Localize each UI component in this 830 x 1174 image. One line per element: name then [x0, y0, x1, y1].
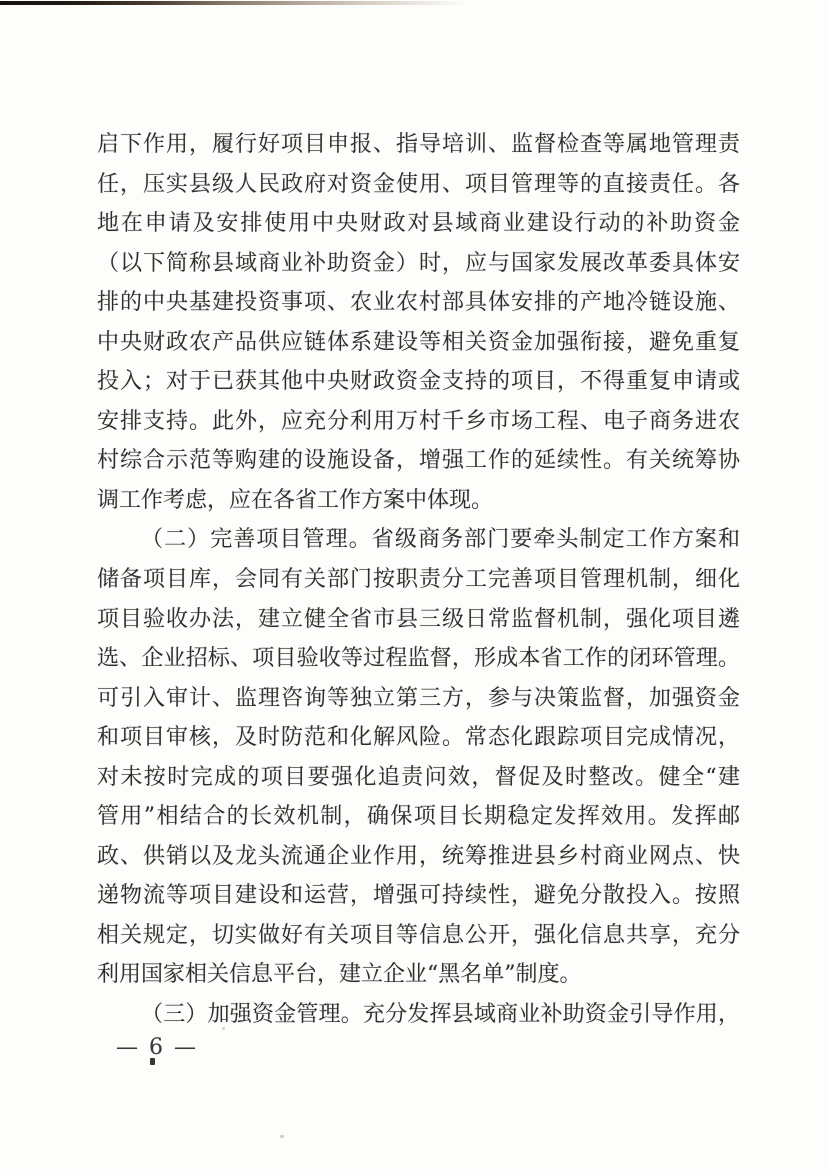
text-line: 投入；对于已获其他中央财政资金支持的项目，不得重复申请或: [97, 362, 740, 402]
text-line: （以下简称县域商业补助资金）时，应与国家发展改革委具体安: [97, 244, 740, 284]
text-line: 村综合示范等购建的设施设备，增强工作的延续性。有关统筹协: [97, 441, 740, 481]
text-line-section-heading: （二）完善项目管理。省级商务部门要牵头制定工作方案和: [97, 520, 740, 560]
page-number: — 6 —: [116, 1033, 198, 1063]
text-line: 政、供销以及龙头流通企业作用，统筹推进县乡村商业网点、快: [97, 837, 740, 877]
text-line: 可引入审计、监理咨询等独立第三方，参与决策监督，加强资金: [97, 679, 740, 719]
text-line: 中央财政农产品供应链体系建设等相关资金加强衔接，避免重复: [97, 323, 740, 363]
text-line: 调工作考虑，应在各省工作方案中体现。: [97, 481, 740, 521]
document-page: 启下作用，履行好项目申报、指导培训、监督检查等属地管理责 任，压实县级人民政府对…: [0, 0, 830, 1174]
text-line: 利用国家相关信息平台，建立企业“黑名单”制度。: [97, 955, 740, 995]
text-line-section-heading: （三）加强资金管理。充分发挥县域商业补助资金引导作用，: [97, 995, 740, 1035]
text-line: 项目验收办法，建立健全省市县三级日常监督机制，强化项目遴: [97, 600, 740, 640]
scan-artifact-speck: [222, 1027, 225, 1030]
text-line: 选、企业招标、项目验收等过程监督，形成本省工作的闭环管理。: [97, 639, 740, 679]
text-line: 储备项目库，会同有关部门按职责分工完善项目管理机制，细化: [97, 560, 740, 600]
text-line: 地在申请及安排使用中央财政对县域商业建设行动的补助资金: [97, 204, 740, 244]
scan-artifact-topline: [0, 1, 600, 5]
text-line: 和项目审核，及时防范和化解风险。常态化跟踪项目完成情况，: [97, 718, 740, 758]
text-line: 启下作用，履行好项目申报、指导培训、监督检查等属地管理责: [97, 125, 740, 165]
text-line: 相关规定，切实做好有关项目等信息公开，强化信息共享，充分: [97, 916, 740, 956]
text-line: 任，压实县级人民政府对资金使用、项目管理等的直接责任。各: [97, 165, 740, 205]
scan-artifact-speck: [150, 1058, 155, 1065]
text-line: 排的中央基建投资事项、农业农村部具体安排的产地冷链设施、: [97, 283, 740, 323]
document-body: 启下作用，履行好项目申报、指导培训、监督检查等属地管理责 任，压实县级人民政府对…: [97, 125, 740, 1035]
text-line: 对未按时完成的项目要强化追责问效，督促及时整改。健全“建: [97, 758, 740, 798]
text-line: 安排支持。此外，应充分利用万村千乡市场工程、电子商务进农: [97, 402, 740, 442]
text-line: 递物流等项目建设和运营，增强可持续性，避免分散投入。按照: [97, 876, 740, 916]
scan-artifact-speck: [280, 1135, 284, 1138]
text-line: 管用”相结合的长效机制，确保项目长期稳定发挥效用。发挥邮: [97, 797, 740, 837]
